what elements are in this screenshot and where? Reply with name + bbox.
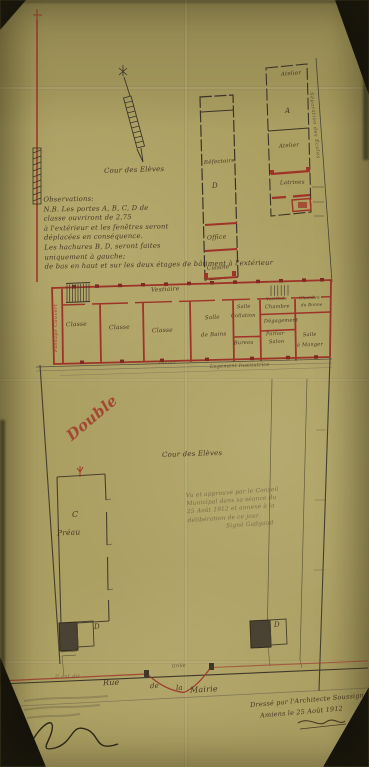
- trottoir-label: Trottoir: [158, 361, 176, 366]
- staircase-hatch-icon: [66, 283, 90, 303]
- edge-shadow-top: [0, 0, 369, 3]
- preau-label: Préau: [57, 528, 81, 537]
- observations-note: Observations: N.B. Les portes A, B, C, D…: [43, 190, 344, 272]
- room-salon: Salon: [269, 340, 284, 346]
- room-classe-1: Classe: [66, 322, 87, 329]
- room-parloir: Parloir: [266, 332, 285, 338]
- street-word-rue: Rue: [103, 679, 120, 688]
- room-bonne-1: Chambre: [299, 296, 320, 301]
- edge-shadow-left: [0, 420, 5, 680]
- street-word-la: la: [176, 685, 183, 692]
- annex-left: [59, 621, 94, 656]
- gate-grille-label: Grille: [172, 665, 186, 670]
- room-collation-2: Collation: [231, 314, 256, 320]
- room-letter-d: D: [212, 183, 218, 190]
- approval-note: Vu et approuvé par le Conseil Municipal …: [186, 486, 282, 533]
- annex-right-letter-d: D: [274, 622, 280, 629]
- room-collation-1: Salle: [237, 305, 251, 310]
- vestibule-stair-hatch-icon: [271, 285, 288, 296]
- room-bains-1: Salle: [205, 316, 220, 322]
- annex-right: [250, 619, 287, 648]
- pump-icon: [119, 65, 145, 162]
- room-letter-a: A: [285, 108, 290, 115]
- room-latrines: Latrines: [280, 181, 305, 187]
- preau-letter-c: C: [72, 511, 78, 519]
- signature-flourish: [30, 723, 118, 749]
- preau-building-outline: [57, 466, 113, 624]
- room-manger-1: Salle: [303, 333, 317, 338]
- street-word-mairie: Mairie: [190, 685, 218, 694]
- passage-couvert-label: Passage Couvert: [54, 304, 59, 352]
- room-bonne-2: de Bonne: [301, 303, 323, 308]
- annex-left-letter-d: D: [94, 624, 100, 631]
- room-bureau: Bureau: [234, 341, 254, 347]
- left-red-boundary: [33, 9, 42, 282]
- street-word-de: de: [150, 683, 159, 690]
- pencil-note-lines: [24, 696, 108, 718]
- edge-shadow-right: [363, 0, 369, 160]
- room-chambre: Chambre: [265, 305, 290, 311]
- room-classe-2: Classe: [109, 325, 130, 332]
- room-manger-2: à Manger: [297, 343, 323, 349]
- scanned-architectural-plan: Cour des Elèves Observations: N.B. Les p…: [0, 0, 369, 767]
- room-classe-3: Classe: [152, 328, 173, 335]
- room-vestibule: Vestibule: [266, 297, 287, 302]
- pencil-note-text: Il est dit …: [55, 674, 88, 681]
- architect-signature: [298, 720, 346, 729]
